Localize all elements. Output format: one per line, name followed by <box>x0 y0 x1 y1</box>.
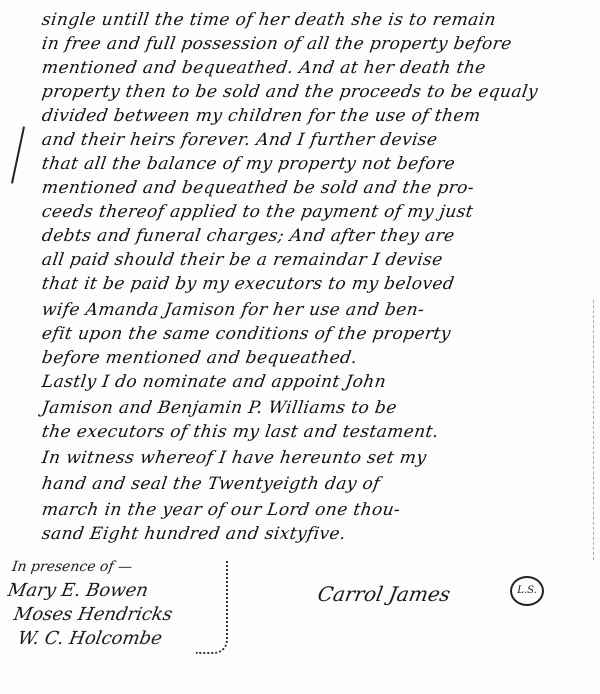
text-line: sand Eight hundred and sixtyfive. <box>41 524 582 544</box>
text-line: Jamison and Benjamin P. Williams to be <box>41 398 582 418</box>
text-line: that it be paid by my executors to my be… <box>41 274 582 294</box>
text-line: march in the year of our Lord one thou- <box>41 500 582 520</box>
witness-label: In presence of — <box>11 559 133 575</box>
seal-icon: L.S. <box>510 576 544 606</box>
text-line: the executors of this my last and testam… <box>41 422 582 442</box>
witness-signature: W. C. Holcombe <box>16 628 164 649</box>
text-line: single untill the time of her death she … <box>41 10 582 30</box>
page-edge <box>592 300 594 560</box>
text-line: mentioned and bequeathed be sold and the… <box>41 178 582 198</box>
witness-bracket <box>196 560 228 654</box>
witness-signature: Mary E. Bowen <box>6 580 150 601</box>
text-line: divided between my children for the use … <box>41 106 582 126</box>
margin-mark <box>11 126 25 183</box>
text-line: In witness whereof I have hereunto set m… <box>41 448 582 468</box>
text-line: hand and seal the Twentyeigth day of <box>41 474 582 494</box>
text-line: Lastly I do nominate and appoint John <box>41 372 582 392</box>
text-line: efit upon the same conditions of the pro… <box>41 324 582 344</box>
text-line: in free and full possession of all the p… <box>41 34 582 54</box>
text-line: ceeds thereof applied to the payment of … <box>41 202 582 222</box>
text-line: debts and funeral charges; And after the… <box>41 226 582 246</box>
text-line: mentioned and bequeathed. And at her dea… <box>41 58 582 78</box>
text-line: wife Amanda Jamison for her use and ben- <box>41 300 582 320</box>
document-page: single untill the time of her death she … <box>0 0 600 694</box>
text-line: property then to be sold and the proceed… <box>41 82 582 102</box>
witness-signature: Moses Hendricks <box>12 604 174 625</box>
testator-signature: Carrol James <box>316 582 452 606</box>
text-line: and their heirs forever. And I further d… <box>41 130 582 150</box>
text-line: all paid should their be a remaindar I d… <box>41 250 582 270</box>
text-line: that all the balance of my property not … <box>41 154 582 174</box>
text-line: before mentioned and bequeathed. <box>41 348 582 368</box>
